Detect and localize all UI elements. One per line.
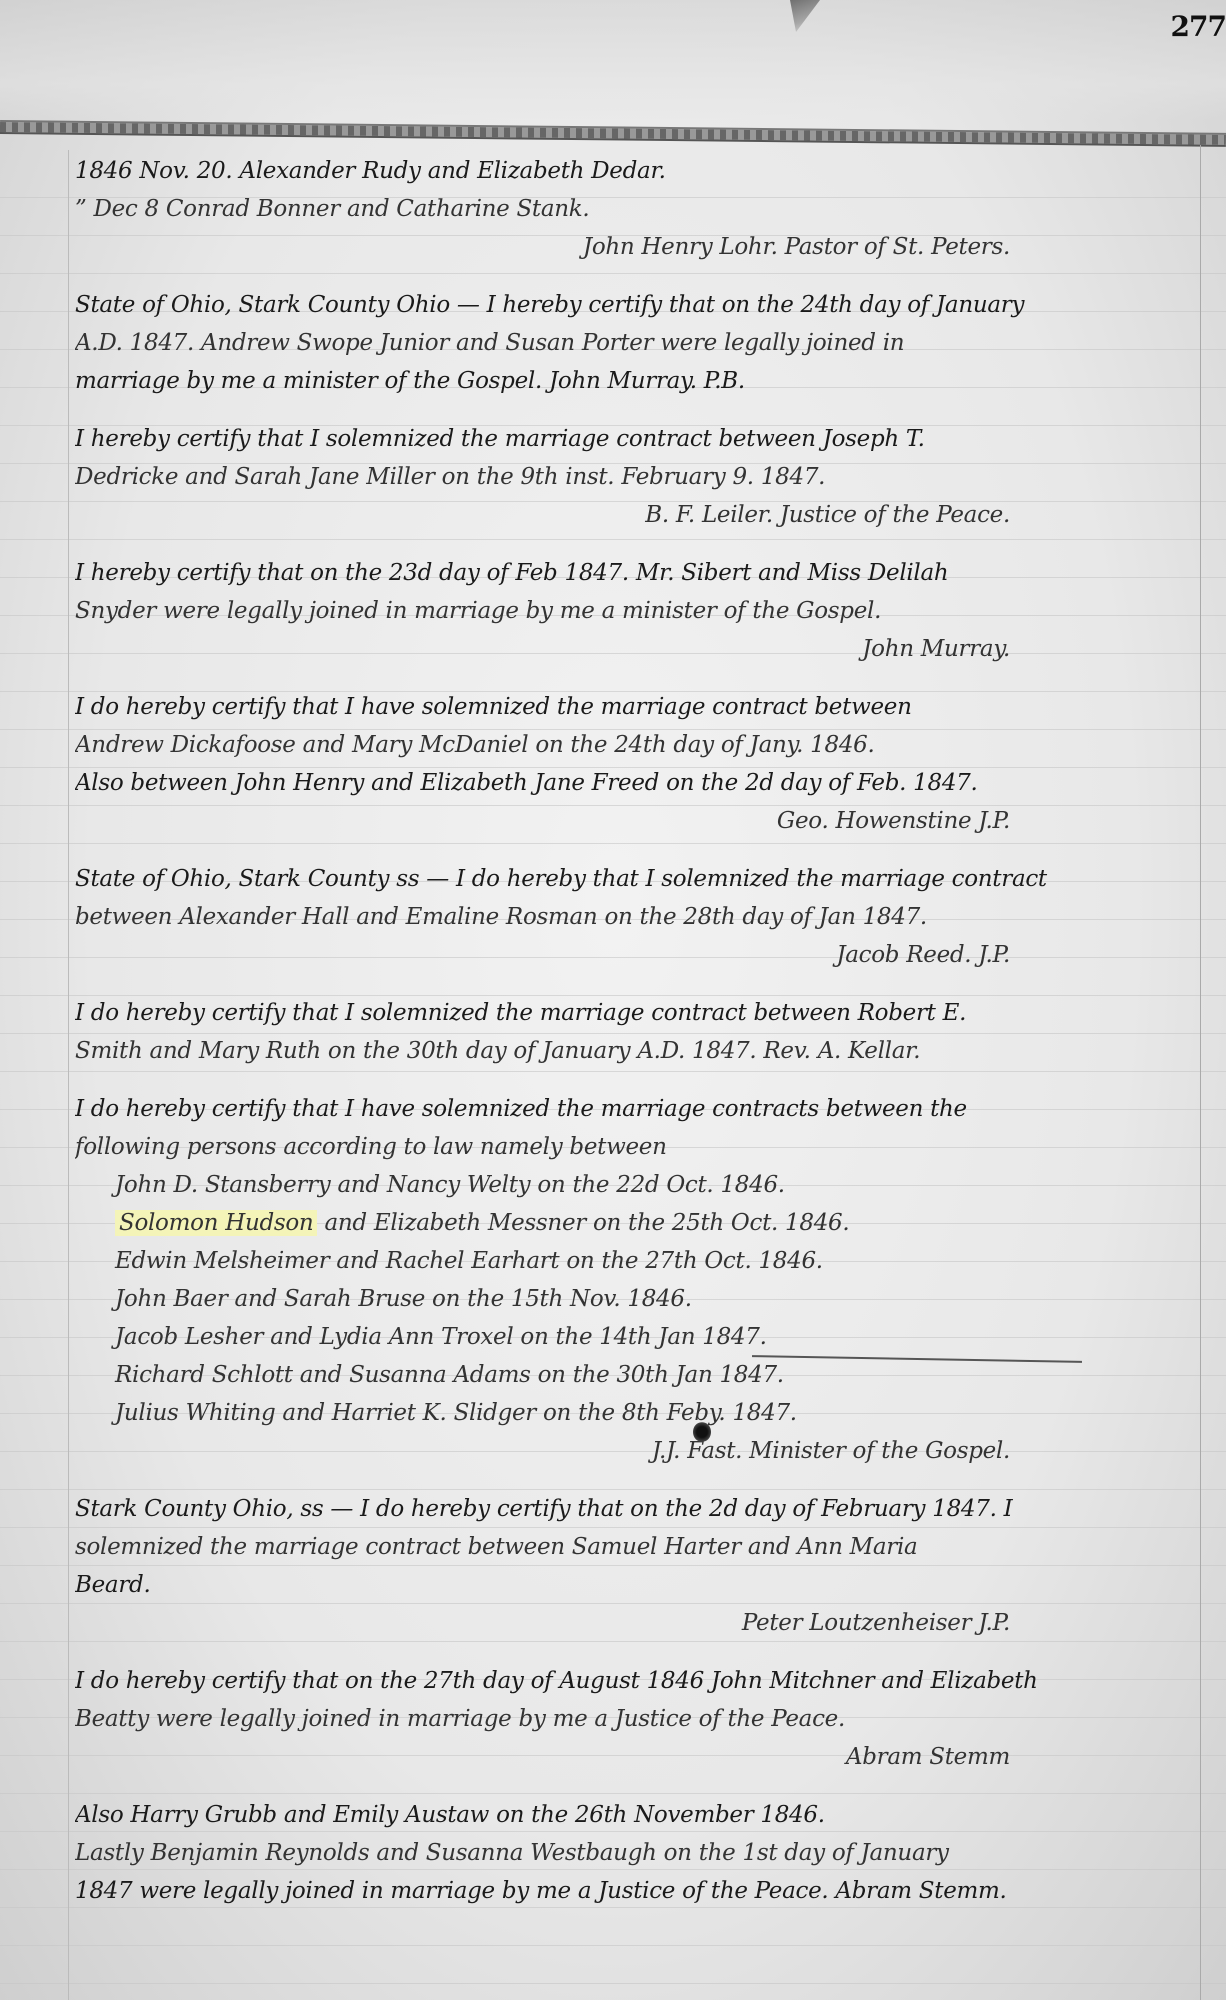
record-entry: I do hereby certify that I have solemniz… xyxy=(75,1090,1200,1470)
record-line: Beatty were legally joined in marriage b… xyxy=(75,1700,1200,1738)
page-number: 277 xyxy=(1171,10,1226,43)
record-line: A.D. 1847. Andrew Swope Junior and Susan… xyxy=(75,324,1200,362)
record-line: I hereby certify that I solemnized the m… xyxy=(75,420,1200,458)
record-line: 1847 were legally joined in marriage by … xyxy=(75,1872,1200,1910)
record-entry: I hereby certify that on the 23d day of … xyxy=(75,554,1200,668)
groom-name: Julius Whiting xyxy=(115,1400,275,1426)
officiant-signature: Geo. Howenstine J.P. xyxy=(75,802,1200,840)
officiant-signature: B. F. Leiler. Justice of the Peace. xyxy=(75,496,1200,534)
right-margin-line xyxy=(1200,145,1201,2000)
record-line: Beard. xyxy=(75,1566,1200,1604)
couple-line: John Baer and Sarah Bruse on the 15th No… xyxy=(75,1280,1200,1318)
couple-line: Solomon Hudson and Elizabeth Messner on … xyxy=(75,1204,1200,1242)
officiant-signature: Peter Loutzenheiser J.P. xyxy=(75,1604,1200,1642)
record-line: marriage by me a minister of the Gospel.… xyxy=(75,362,1200,400)
record-entry: State of Ohio, Stark County Ohio — I her… xyxy=(75,286,1200,400)
groom-name: John D. Stansberry xyxy=(115,1172,331,1198)
ledger-page: 277 1846 Nov. 20. Alexander Rudy and Eli… xyxy=(0,0,1226,2000)
couple-details: and Harriet K. Slidger on the 8th Feby. … xyxy=(275,1400,796,1426)
page-fold-mark xyxy=(790,0,820,32)
record-line: Snyder were legally joined in marriage b… xyxy=(75,592,1200,630)
record-line: State of Ohio, Stark County Ohio — I her… xyxy=(75,286,1200,324)
ink-blot xyxy=(693,1422,711,1442)
officiant-signature: Abram Stemm xyxy=(75,1738,1200,1776)
record-entry: Stark County Ohio, ss — I do hereby cert… xyxy=(75,1490,1200,1642)
groom-name: John Baer xyxy=(115,1286,228,1312)
couple-details: and Elizabeth Messner on the 25th Oct. 1… xyxy=(317,1210,849,1236)
officiant-signature: Jacob Reed. J.P. xyxy=(75,936,1200,974)
record-line: solemnized the marriage contract between… xyxy=(75,1528,1200,1566)
couple-line: Jacob Lesher and Lydia Ann Troxel on the… xyxy=(75,1318,1200,1356)
record-line: Andrew Dickafoose and Mary McDaniel on t… xyxy=(75,726,1200,764)
officiant-signature: John Henry Lohr. Pastor of St. Peters. xyxy=(75,228,1200,266)
record-line: I hereby certify that on the 23d day of … xyxy=(75,554,1200,592)
left-margin-line xyxy=(68,150,69,2000)
record-entry: Also Harry Grubb and Emily Austaw on the… xyxy=(75,1796,1200,1910)
couple-line: Edwin Melsheimer and Rachel Earhart on t… xyxy=(75,1242,1200,1280)
record-entry: 1846 Nov. 20. Alexander Rudy and Elizabe… xyxy=(75,152,1200,266)
record-entry: I do hereby certify that I have solemniz… xyxy=(75,688,1200,840)
record-line: Smith and Mary Ruth on the 30th day of J… xyxy=(75,1032,1200,1070)
couple-details: and Rachel Earhart on the 27th Oct. 1846… xyxy=(329,1248,822,1274)
officiant-signature: J.J. Fast. Minister of the Gospel. xyxy=(75,1432,1200,1470)
record-line: Also between John Henry and Elizabeth Ja… xyxy=(75,764,1200,802)
record-entry: I do hereby certify that I solemnized th… xyxy=(75,994,1200,1070)
record-line: I do hereby certify that on the 27th day… xyxy=(75,1662,1200,1700)
officiant-signature: John Murray. xyxy=(75,630,1200,668)
header-rule xyxy=(0,120,1226,147)
record-line: following persons according to law namel… xyxy=(75,1128,1200,1166)
groom-name: Edwin Melsheimer xyxy=(115,1248,329,1274)
record-entry: I do hereby certify that on the 27th day… xyxy=(75,1662,1200,1776)
record-line: I do hereby certify that I solemnized th… xyxy=(75,994,1200,1032)
record-entry: State of Ohio, Stark County ss — I do he… xyxy=(75,860,1200,974)
record-line: Lastly Benjamin Reynolds and Susanna Wes… xyxy=(75,1834,1200,1872)
record-line: ” Dec 8 Conrad Bonner and Catharine Stan… xyxy=(75,190,1200,228)
record-line: I do hereby certify that I have solemniz… xyxy=(75,1090,1200,1128)
record-line: I do hereby certify that I have solemniz… xyxy=(75,688,1200,726)
couple-line: John D. Stansberry and Nancy Welty on th… xyxy=(75,1166,1200,1204)
highlighted-name: Solomon Hudson xyxy=(115,1210,317,1236)
record-entry: I hereby certify that I solemnized the m… xyxy=(75,420,1200,534)
groom-name: Richard Schlott xyxy=(115,1362,293,1388)
marriage-records: 1846 Nov. 20. Alexander Rudy and Elizabe… xyxy=(75,152,1200,1930)
couple-details: and Nancy Welty on the 22d Oct. 1846. xyxy=(331,1172,785,1198)
record-line: State of Ohio, Stark County ss — I do he… xyxy=(75,860,1200,898)
couple-details: and Lydia Ann Troxel on the 14th Jan 184… xyxy=(263,1324,766,1350)
record-line: 1846 Nov. 20. Alexander Rudy and Elizabe… xyxy=(75,152,1200,190)
record-line: Also Harry Grubb and Emily Austaw on the… xyxy=(75,1796,1200,1834)
groom-name: Jacob Lesher xyxy=(115,1324,263,1350)
record-line: between Alexander Hall and Emaline Rosma… xyxy=(75,898,1200,936)
couple-line: Julius Whiting and Harriet K. Slidger on… xyxy=(75,1394,1200,1432)
couple-details: and Susanna Adams on the 30th Jan 1847. xyxy=(293,1362,784,1388)
record-line: Dedricke and Sarah Jane Miller on the 9t… xyxy=(75,458,1200,496)
record-line: Stark County Ohio, ss — I do hereby cert… xyxy=(75,1490,1200,1528)
couple-details: and Sarah Bruse on the 15th Nov. 1846. xyxy=(228,1286,692,1312)
